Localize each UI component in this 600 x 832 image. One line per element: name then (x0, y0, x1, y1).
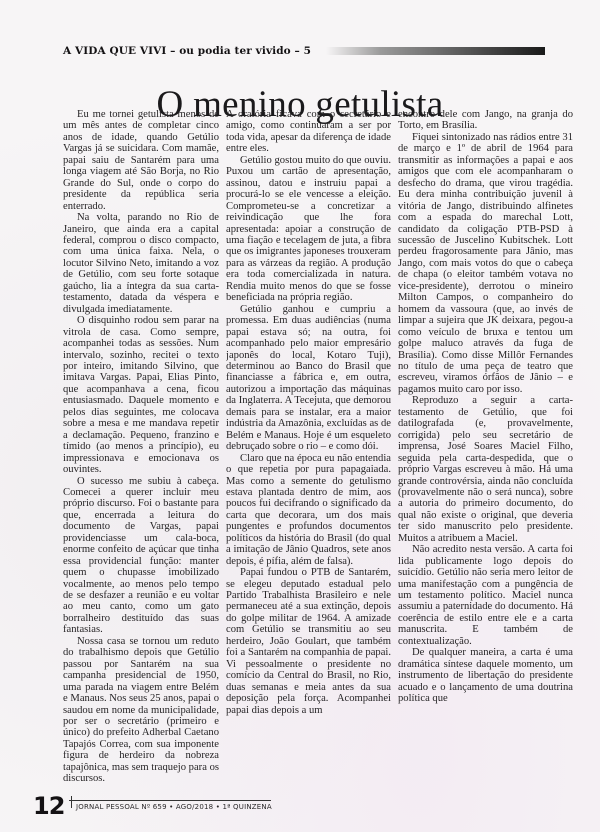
paragraph: Eu me tornei getulista menos de um mês a… (63, 109, 219, 212)
paragraph: Getúlio ganhou e cumpriu a promessa. Em … (226, 304, 391, 453)
paragraph: Na volta, parando no Rio de Janeiro, que… (63, 212, 219, 315)
paragraph: O sucesso me subiu à cabeça. Comecei a q… (63, 476, 219, 636)
column-1: Eu me tornei getulista menos de um mês a… (63, 109, 219, 793)
paragraph: Getúlio gostou muito do que ouviu. Puxou… (226, 155, 391, 304)
paragraph: O disquinho rodou sem parar na vitrola d… (63, 315, 219, 475)
publication-info: JORNAL PESSOAL Nº 659 • AGO/2018 • 1ª QU… (76, 803, 272, 811)
column-3: encontro dele com Jango, na granja do To… (398, 109, 573, 793)
paragraph: Claro que na época eu não entendia o que… (226, 453, 391, 568)
series-title: A VIDA QUE VIVI – ou podia ter vivido – … (63, 45, 311, 57)
paragraph: encontro dele com Jango, na granja do To… (398, 109, 573, 132)
paragraph: A oratória ficava com o secretário e ami… (226, 109, 391, 155)
paragraph: Nossa casa se tornou um reduto do trabal… (63, 636, 219, 785)
paragraph: Reproduzo a seguir a carta-testamento de… (398, 395, 573, 544)
page-number: 12 (33, 792, 64, 820)
paragraph: Fiquei sintonizado nas rádios entre 31 d… (398, 132, 573, 395)
article-body: Eu me tornei getulista menos de um mês a… (63, 109, 573, 793)
paragraph: Papai fundou o PTB de Santarém, se elege… (226, 567, 391, 716)
footer-rule (69, 800, 271, 801)
footer-tick (71, 796, 72, 808)
page-footer: 12 JORNAL PESSOAL Nº 659 • AGO/2018 • 1ª… (33, 796, 293, 820)
column-2: A oratória ficava com o secretário e ami… (226, 109, 391, 793)
gradient-rule (326, 47, 545, 55)
paragraph: De qualquer maneira, a carta é uma dramá… (398, 647, 573, 704)
section-kicker: A VIDA QUE VIVI – ou podia ter vivido – … (63, 44, 545, 58)
paragraph: Não acredito nesta versão. A carta foi l… (398, 544, 573, 647)
